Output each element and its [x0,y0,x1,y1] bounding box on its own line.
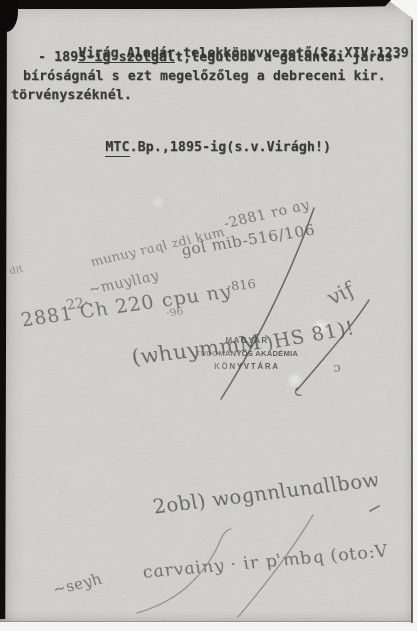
underlined-abbreviation: MTC [105,140,129,157]
stamp-line-2: TUDOMÁNYOS AKADÉMIA [186,347,308,360]
stamp-line-3: KÖNYVTÁRA [186,360,308,373]
ink-tick [370,506,379,511]
ink-stroke-hook [296,388,301,395]
library-stamp: MAGYAR TUDOMÁNYOS AKADÉMIA KÖNYVTÁRA [186,334,308,373]
paper-bright-spot [286,372,304,388]
scanned-catalog-card: Virág Aladár,telekkönyvvezető(Sz.XIV:123… [0,0,417,631]
card-bottom-edge-line [0,621,413,623]
typewritten-line-3: bíróságnál s ezt megelőzőleg a debreceni… [23,69,386,84]
bleedthrough-line: 2obl) wognnlunallbow [150,470,383,516]
paper-bright-spot [150,196,166,208]
typewritten-line-4: törvényszéknél. [11,88,132,103]
card-paper: Virág Aladár,telekkönyvvezető(Sz.XIV:123… [0,0,413,622]
bleedthrough-fragment: ~seyh [50,572,106,598]
bleedthrough-fragment: vif [322,280,359,308]
typewritten-line-2: - 1895-ig szolgált,legutóbb a galántai j… [38,50,401,65]
stamp-line-1: MAGYAR [186,334,308,347]
reference-rest: .Bp.,1895-ig(s.v.Virágh!) [130,140,332,155]
scanner-background-bottom [0,622,417,631]
bleedthrough-line: carvainy · ir p'mbq (oto:V [140,543,392,582]
bleedthrough-fragment: dit [8,265,26,277]
scanner-background-right [413,0,417,631]
bleedthrough-fragment: ɔ [331,361,343,374]
card-right-edge-line [411,20,413,623]
typewritten-reference-line: MTC.Bp.,1895-ig(s.v.Virágh!) [57,125,331,170]
